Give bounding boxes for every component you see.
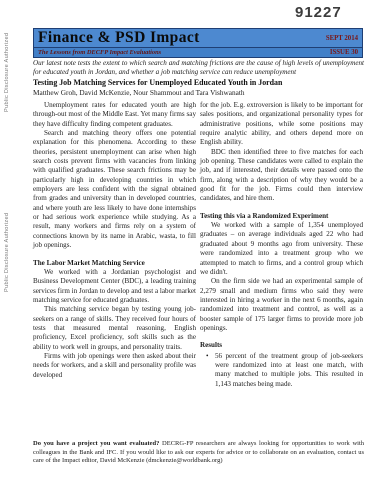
banner-subtitle-row: The Lessons from DECFP Impact Evaluation…: [34, 47, 362, 57]
footer-lead: Do you have a project you want evaluated…: [33, 440, 159, 447]
bullet-icon: •: [206, 352, 208, 361]
section-heading: Results: [200, 341, 363, 350]
article-authors: Matthew Groh, David McKenzie, Nour Shamm…: [33, 88, 364, 97]
section-heading: The Labor Market Matching Service: [33, 259, 196, 268]
public-disclosure-stamp-middle: Public Disclosure Authorized: [4, 212, 13, 292]
paragraph: Firms with job openings were then asked …: [33, 352, 196, 380]
newsletter-subtitle: The Lessons from DECFP Impact Evaluation…: [38, 49, 161, 56]
article-title: Testing Job Matching Services for Unempl…: [33, 78, 364, 87]
paragraph: On the firm side we had an experimental …: [200, 277, 363, 333]
document-page: 91227 Public Disclosure Authorized Publi…: [0, 0, 370, 480]
section-heading: Testing this via a Randomized Experiment: [200, 212, 363, 221]
issue-number: ISSUE 30: [330, 49, 358, 56]
paragraph: BDC then identified three to five matche…: [200, 148, 363, 204]
public-disclosure-stamp-top: Public Disclosure Authorized: [4, 32, 13, 112]
issue-date: SEPT 2014: [326, 35, 358, 42]
paragraph: Unemployment rates for educated youth ar…: [33, 101, 196, 129]
document-number: 91227: [295, 4, 342, 21]
paragraph: This matching service began by testing y…: [33, 305, 196, 352]
paragraph: We worked with a sample of 1,354 unemplo…: [200, 221, 363, 277]
paragraph: for the job. E.g. extroversion is likely…: [200, 101, 363, 148]
footer-note: Do you have a project you want evaluated…: [33, 440, 364, 466]
bullet-text: 56 percent of the treatment group of job…: [215, 352, 363, 388]
body-column-right: for the job. E.g. extroversion is likely…: [200, 101, 363, 389]
paragraph: Search and matching theory offers one po…: [33, 129, 196, 250]
paragraph: We worked with a Jordanian psychologist …: [33, 268, 196, 305]
abstract-text: Our latest note tests the extent to whic…: [33, 59, 364, 77]
bullet-item: •56 percent of the treatment group of jo…: [200, 352, 363, 389]
body-column-left: Unemployment rates for educated youth ar…: [33, 101, 196, 380]
newsletter-title: Finance & PSD Impact: [38, 29, 200, 47]
banner-title-row: Finance & PSD Impact SEPT 2014: [34, 29, 362, 47]
newsletter-banner: Finance & PSD Impact SEPT 2014 The Lesso…: [33, 28, 363, 58]
